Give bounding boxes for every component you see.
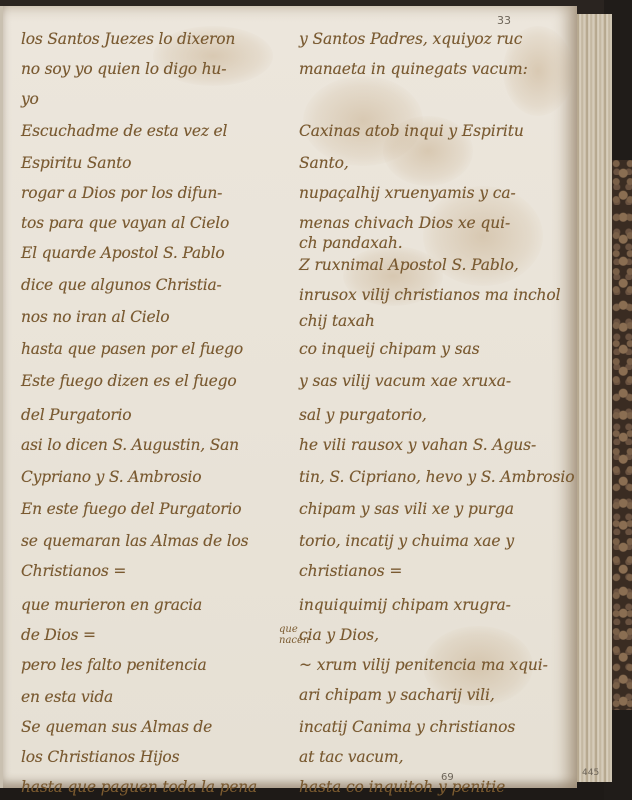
manuscript-line: incatij Canima y christianos: [299, 718, 515, 736]
manuscript-line: del Purgatorio: [21, 406, 131, 424]
manuscript-line: y sas vilij vacum xae xruxa-: [299, 372, 511, 390]
manuscript-line: Este fuego dizen es el fuego: [21, 372, 236, 390]
marbled-cover: [612, 160, 632, 710]
manuscript-line: los Santos Juezes lo dixeron: [21, 30, 235, 48]
manuscript-line: hasta que paguen toda la pena: [21, 778, 257, 796]
manuscript-line: at tac vacum,: [299, 748, 403, 766]
manuscript-line: nos no iran al Cielo: [21, 308, 169, 326]
manuscript-line: asi lo dicen S. Augustin, San: [21, 436, 239, 454]
manuscript-line: no soy yo quien lo digo hu-: [21, 60, 226, 78]
manuscript-line: Christianos =: [21, 562, 126, 580]
manuscript-line: Santo,: [299, 154, 349, 172]
manuscript-line: tos para que vayan al Cielo: [21, 214, 229, 232]
manuscript-line: ch pandaxah.: [299, 234, 403, 252]
manuscript-line: menas chivach Dios xe qui-: [299, 214, 510, 232]
manuscript-line: ~ xrum vilij penitencia ma xqui-: [299, 656, 548, 674]
manuscript-line: he vili rausox y vahan S. Agus-: [299, 436, 536, 454]
manuscript-line: Z ruxnimal Apostol S. Pablo,: [299, 256, 519, 274]
manuscript-line: manaeta in quinegats vacum:: [299, 60, 528, 78]
manuscript-line: en esta vida: [21, 688, 113, 706]
manuscript-line: pero les falto penitencia: [21, 656, 207, 674]
manuscript-line: inrusox vilij christianos ma inchol: [299, 286, 561, 304]
manuscript-line: inquiquimij chipam xrugra-: [299, 596, 511, 614]
manuscript-line: Espiritu Santo: [21, 154, 131, 172]
manuscript-line: los Christianos Hijos: [21, 748, 179, 766]
manuscript-line: se quemaran las Almas de los: [21, 532, 248, 550]
manuscript-line: hasta co inquitoh y penitie: [299, 778, 505, 796]
manuscript-line: cia y Dios,: [299, 626, 379, 644]
manuscript-line: Escuchadme de esta vez el: [21, 122, 227, 140]
manuscript-line: christianos =: [299, 562, 402, 580]
manuscript-line: co inqueij chipam y sas: [299, 340, 480, 358]
manuscript-line: sal y purgatorio,: [299, 406, 427, 424]
manuscript-line: torio, incatij y chuima xae y: [299, 532, 514, 550]
folio-number: 33: [497, 14, 511, 27]
manuscript-line: tin, S. Cipriano, hevo y S. Ambrosio: [299, 468, 574, 486]
manuscript-line: nupaçalhij xruenyamis y ca-: [299, 184, 516, 202]
manuscript-line: dice que algunos Christia-: [21, 276, 222, 294]
manuscript-page: 33 los Santos Juezes lo dixeronno soy yo…: [0, 6, 577, 788]
manuscript-line: hasta que pasen por el fuego: [21, 340, 243, 358]
manuscript-line: de Dios =: [21, 626, 96, 644]
manuscript-line: que murieron en gracia: [21, 596, 202, 614]
manuscript-line: ari chipam y sacharij vili,: [299, 686, 495, 704]
manuscript-line: Se queman sus Almas de: [21, 718, 212, 736]
manuscript-line: yo: [21, 90, 39, 108]
manuscript-line: rogar a Dios por los difun-: [21, 184, 222, 202]
manuscript-line: chij taxah: [299, 312, 375, 330]
manuscript-line: Caxinas atob inqui y Espiritu: [299, 122, 524, 140]
corner-pencil-note: 445: [582, 768, 599, 778]
manuscript-line: y Santos Padres, xquiyoz ruc: [299, 30, 522, 48]
manuscript-line: El quarde Apostol S. Pablo: [21, 244, 225, 262]
manuscript-line: chipam y sas vili xe y purga: [299, 500, 514, 518]
manuscript-line: Cypriano y S. Ambrosio: [21, 468, 201, 486]
manuscript-line: En este fuego del Purgatorio: [21, 500, 241, 518]
pencil-note: 69: [441, 772, 454, 783]
